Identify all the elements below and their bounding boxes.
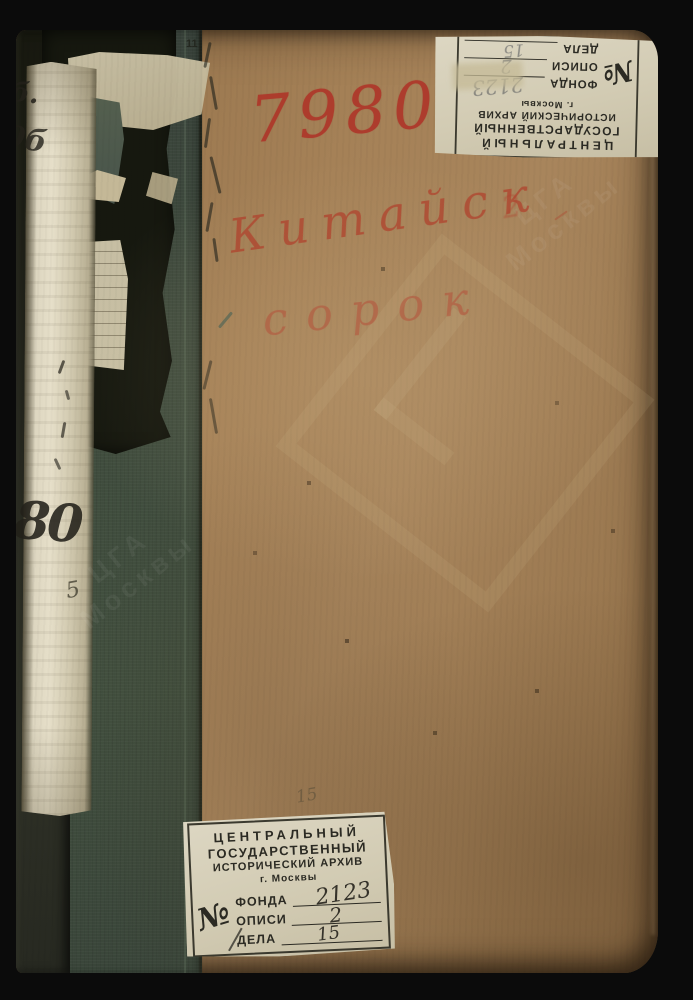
ink-scribble [209, 76, 218, 110]
archive-stamp: ЦЕНТРАЛЬНЫЙ ГОСУДАРСТВЕННЫЙ ИСТОРИЧЕСКИЙ… [454, 33, 639, 161]
spine-tape-strip [21, 62, 96, 816]
stamp-field-label: ДЕЛА [237, 932, 277, 948]
surface-specks [16, 30, 18, 32]
red-title-line1: Китайск [226, 166, 545, 264]
ink-scribble [212, 238, 218, 262]
spine-writing-fragment: б. [16, 77, 40, 111]
spine-writing-fragment: 0б [16, 119, 49, 161]
stamp-field-value: 15 [502, 40, 524, 61]
stamp-field-value: 2123 [471, 72, 524, 99]
archive-stamp: ЦЕНТРАЛЬНЫЙ ГОСУДАРСТВЕННЫЙ ИСТОРИЧЕСКИЙ… [187, 814, 391, 958]
stamp-field-label: ОПИСИ [236, 913, 287, 929]
worn-right-edge [651, 68, 655, 936]
stamp-field-value: 15 [316, 922, 341, 946]
book-cover: б. 0б 80 5 ЦГА Москвы ЦГА Москвы 7980 Ки… [16, 30, 658, 973]
stamp-field-label: ФОНДА [549, 77, 597, 91]
ink-scribble [202, 360, 212, 390]
archival-book-cover-photo: б. 0б 80 5 ЦГА Москвы ЦГА Москвы 7980 Ки… [0, 0, 693, 1000]
ink-scribble [209, 398, 218, 434]
red-ink-tick [554, 210, 567, 220]
ink-scribble [209, 156, 221, 194]
stamp-field-label: ФОНДА [235, 893, 288, 909]
top-edge-mark: 11 [186, 38, 198, 50]
archive-label-bottom: ЦЕНТРАЛЬНЫЙ ГОСУДАРСТВЕННЫЙ ИСТОРИЧЕСКИЙ… [181, 811, 397, 960]
archive-label-top: ЦЕНТРАЛЬНЫЙ ГОСУДАРСТВЕННЫЙ ИСТОРИЧЕСКИЙ… [433, 33, 658, 160]
pencil-note: 15 [294, 784, 319, 807]
numero-sign: № [597, 41, 636, 92]
green-ink-tick [218, 311, 233, 328]
ink-scribble [205, 202, 213, 232]
red-inventory-number: 7980 [247, 68, 444, 158]
ink-scribble [204, 118, 211, 148]
stamp-field-label: ДЕЛА [562, 43, 598, 57]
spine-number-fragment: 80 [16, 490, 82, 555]
stamp-field-label: ОПИСИ [551, 60, 598, 74]
